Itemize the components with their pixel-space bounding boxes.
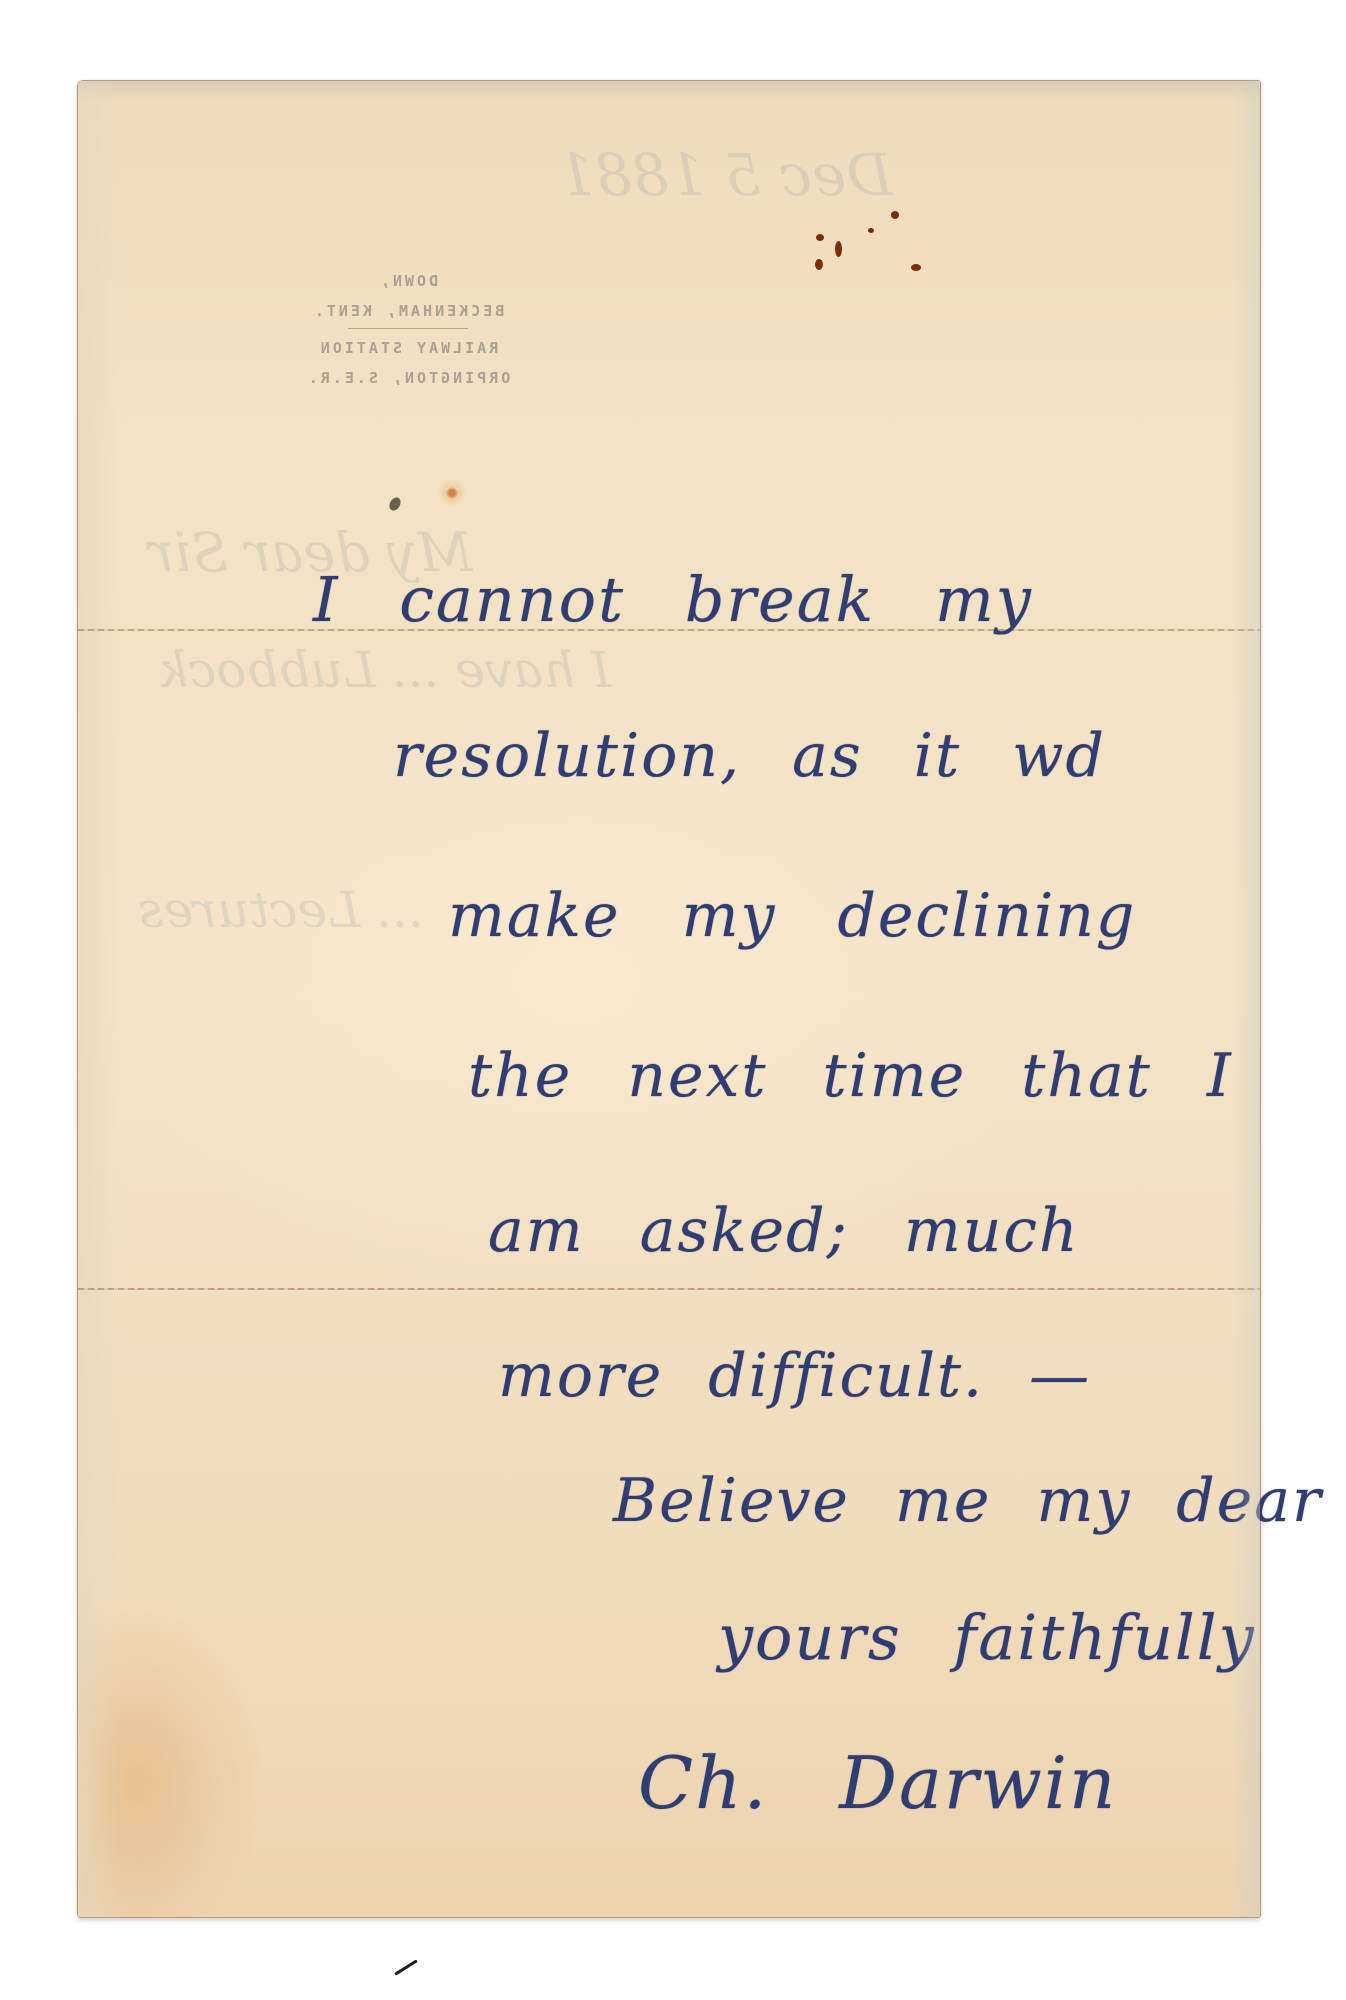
ink-speck	[387, 495, 403, 512]
signature: Ch. Darwin	[638, 1741, 1117, 1825]
letterhead-line: ORPINGTON, S.E.R.	[248, 363, 568, 393]
letter-line-2: resolution, as it wd	[393, 721, 1106, 791]
letter-sheet: Dec 5 1881 My dear Sir I have ... Lubboc…	[77, 80, 1261, 1918]
rust-stain	[816, 234, 824, 241]
letter-line-1: I cannot break my	[313, 563, 1033, 636]
letter-line-5: am asked; much	[488, 1196, 1080, 1266]
letter-line-3: make my declining	[448, 881, 1136, 951]
letterhead-rule	[348, 328, 468, 329]
showthrough-line: I have ... Lubbock	[158, 641, 611, 699]
letterhead-line: BECKENHAM, KENT.	[248, 296, 568, 326]
letterhead-line: RAILWAY STATION	[248, 333, 568, 363]
fold-line-lower	[78, 1288, 1260, 1290]
rust-stain	[835, 241, 842, 257]
rust-stain	[815, 259, 823, 270]
letter-line-6: more difficult. —	[498, 1341, 1091, 1411]
letterhead: DOWN, BECKENHAM, KENT. RAILWAY STATION O…	[248, 266, 568, 393]
valediction: yours faithfully	[718, 1601, 1256, 1674]
closing-line: Believe me my dear Sir	[613, 1466, 1346, 1536]
rust-stain	[868, 228, 874, 233]
showthrough-line: ... Lectures	[138, 881, 424, 939]
letterhead-line: DOWN,	[248, 266, 568, 296]
showthrough-date: Dec 5 1881	[558, 141, 893, 209]
rust-stain	[891, 211, 899, 219]
pen-mark	[394, 1959, 418, 1975]
paper-edge-shade	[78, 81, 118, 1917]
letter-line-4: the next time that I	[468, 1041, 1233, 1111]
foxing-spot	[438, 479, 466, 507]
rust-stain	[911, 264, 921, 271]
